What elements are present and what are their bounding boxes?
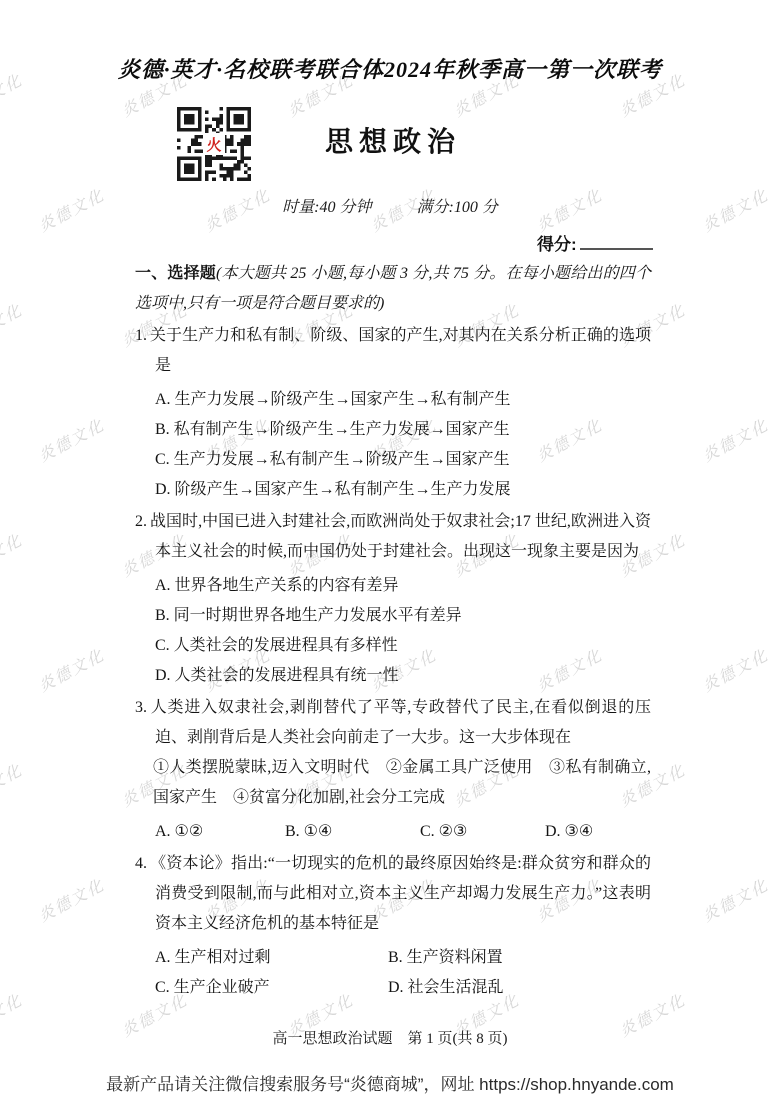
question-4-option-c: C. 生产企业破产 — [155, 973, 388, 1003]
question-2-stem: 2.战国时,中国已进入封建社会,而欧洲尚处于奴隶社会;17 世纪,欧洲进入资本主… — [135, 507, 651, 567]
question-2-number: 2. — [135, 513, 147, 530]
question-area: 一、选择题(本大题共 25 小题,每小题 3 分,共 75 分。在每小题给出的四… — [135, 259, 651, 1003]
question-1-option-c: C. 生产力发展→私有制产生→阶级产生→国家产生 — [135, 445, 651, 475]
question-2: 2.战国时,中国已进入封建社会,而欧洲尚处于奴隶社会;17 世纪,欧洲进入资本主… — [135, 507, 651, 691]
section-title: 一、选择题 — [135, 265, 216, 282]
subject-title: 思想政治 — [0, 120, 780, 160]
question-4-option-a: A. 生产相对过剩 — [155, 943, 388, 973]
question-4-option-b: B. 生产资料闲置 — [388, 943, 651, 973]
question-3-options: A. ①② B. ①④ C. ②③ D. ③④ — [135, 817, 651, 847]
watermark-text: 炎德文化 — [0, 527, 26, 581]
question-3-option-b: B. ①④ — [285, 817, 420, 847]
watermark-text: 炎德文化 — [0, 757, 26, 811]
question-2-option-b: B. 同一时期世界各地生产力发展水平有差异 — [135, 601, 651, 631]
score-label: 得分: — [537, 235, 577, 254]
score-blank-line — [580, 233, 653, 250]
question-3-numbered-items: ①人类摆脱蒙昧,迈入文明时代 ②金属工具广泛使用 ③私有制确立,国家产生 ④贫富… — [135, 753, 651, 813]
question-2-option-d: D. 人类社会的发展进程具有统一性 — [135, 661, 651, 691]
promo-line: 最新产品请关注微信搜索服务号“炎德商城”，网址 https://shop.hny… — [0, 1070, 780, 1095]
watermark-text: 炎德文化 — [34, 872, 108, 926]
question-3-option-c: C. ②③ — [420, 817, 545, 847]
question-2-option-a: A. 世界各地生产关系的内容有差异 — [135, 571, 651, 601]
question-3-option-d: D. ③④ — [545, 817, 593, 847]
watermark-text: 炎德文化 — [698, 642, 772, 696]
question-4-option-d: D. 社会生活混乱 — [388, 973, 651, 1003]
watermark-text: 炎德文化 — [698, 872, 772, 926]
question-1-stem-text: 关于生产力和私有制、阶级、国家的产生,对其内在关系分析正确的选项是 — [150, 327, 651, 374]
question-2-options: A. 世界各地生产关系的内容有差异 B. 同一时期世界各地生产力发展水平有差异 … — [135, 571, 651, 691]
question-4-options: A. 生产相对过剩 B. 生产资料闲置 C. 生产企业破产 D. 社会生活混乱 — [135, 943, 651, 1003]
watermark-text: 炎德文化 — [0, 297, 26, 351]
question-2-stem-text: 战国时,中国已进入封建社会,而欧洲尚处于奴隶社会;17 世纪,欧洲进入资本主义社… — [150, 513, 651, 560]
question-3-number: 3. — [135, 699, 147, 716]
question-4: 4.《资本论》指出:“一切现实的危机的最终原因始终是:群众贫穷和群众的消费受到限… — [135, 849, 651, 1003]
watermark-text: 炎德文化 — [34, 642, 108, 696]
question-4-stem-text: 《资本论》指出:“一切现实的危机的最终原因始终是:群众贫穷和群众的消费受到限制,… — [150, 855, 651, 932]
question-4-number: 4. — [135, 855, 147, 872]
question-3-stem: 3.人类进入奴隶社会,剥削替代了平等,专政替代了民主,在看似倒退的压迫、剥削背后… — [135, 693, 651, 753]
question-3: 3.人类进入奴隶社会,剥削替代了平等,专政替代了民主,在看似倒退的压迫、剥削背后… — [135, 693, 651, 847]
exam-title: 炎德·英才·名校联考联合体2024年秋季高一第一次联考 — [0, 53, 780, 84]
question-1-option-d: D. 阶级产生→国家产生→私有制产生→生产力发展 — [135, 475, 651, 505]
watermark-text: 炎德文化 — [698, 412, 772, 466]
page-footer: 高一思想政治试题 第 1 页(共 8 页) — [0, 1027, 780, 1048]
exam-page: 炎德文化炎德文化炎德文化炎德文化炎德文化炎德文化炎德文化炎德文化炎德文化炎德文化… — [0, 0, 780, 1104]
question-3-option-a: A. ①② — [155, 817, 285, 847]
score-line: 得分: — [537, 230, 653, 255]
watermark-text: 炎德文化 — [34, 412, 108, 466]
question-1: 1.关于生产力和私有制、阶级、国家的产生,对其内在关系分析正确的选项是 A. 生… — [135, 321, 651, 505]
question-1-number: 1. — [135, 327, 147, 344]
question-1-option-b: B. 私有制产生→阶级产生→生产力发展→国家产生 — [135, 415, 651, 445]
question-3-stem-text: 人类进入奴隶社会,剥削替代了平等,专政替代了民主,在看似倒退的压迫、剥削背后是人… — [150, 699, 651, 746]
duration-label: 时量:40 分钟 — [282, 194, 371, 217]
question-1-option-a: A. 生产力发展→阶级产生→国家产生→私有制产生 — [135, 385, 651, 415]
question-2-option-c: C. 人类社会的发展进程具有多样性 — [135, 631, 651, 661]
exam-info-line: 时量:40 分钟 满分:100 分 — [0, 194, 780, 217]
question-4-stem: 4.《资本论》指出:“一切现实的危机的最终原因始终是:群众贫穷和群众的消费受到限… — [135, 849, 651, 939]
question-1-options: A. 生产力发展→阶级产生→国家产生→私有制产生 B. 私有制产生→阶级产生→生… — [135, 385, 651, 505]
full-score-label: 满分:100 分 — [417, 194, 498, 217]
question-1-stem: 1.关于生产力和私有制、阶级、国家的产生,对其内在关系分析正确的选项是 — [135, 321, 651, 381]
section-header: 一、选择题(本大题共 25 小题,每小题 3 分,共 75 分。在每小题给出的四… — [135, 259, 651, 319]
